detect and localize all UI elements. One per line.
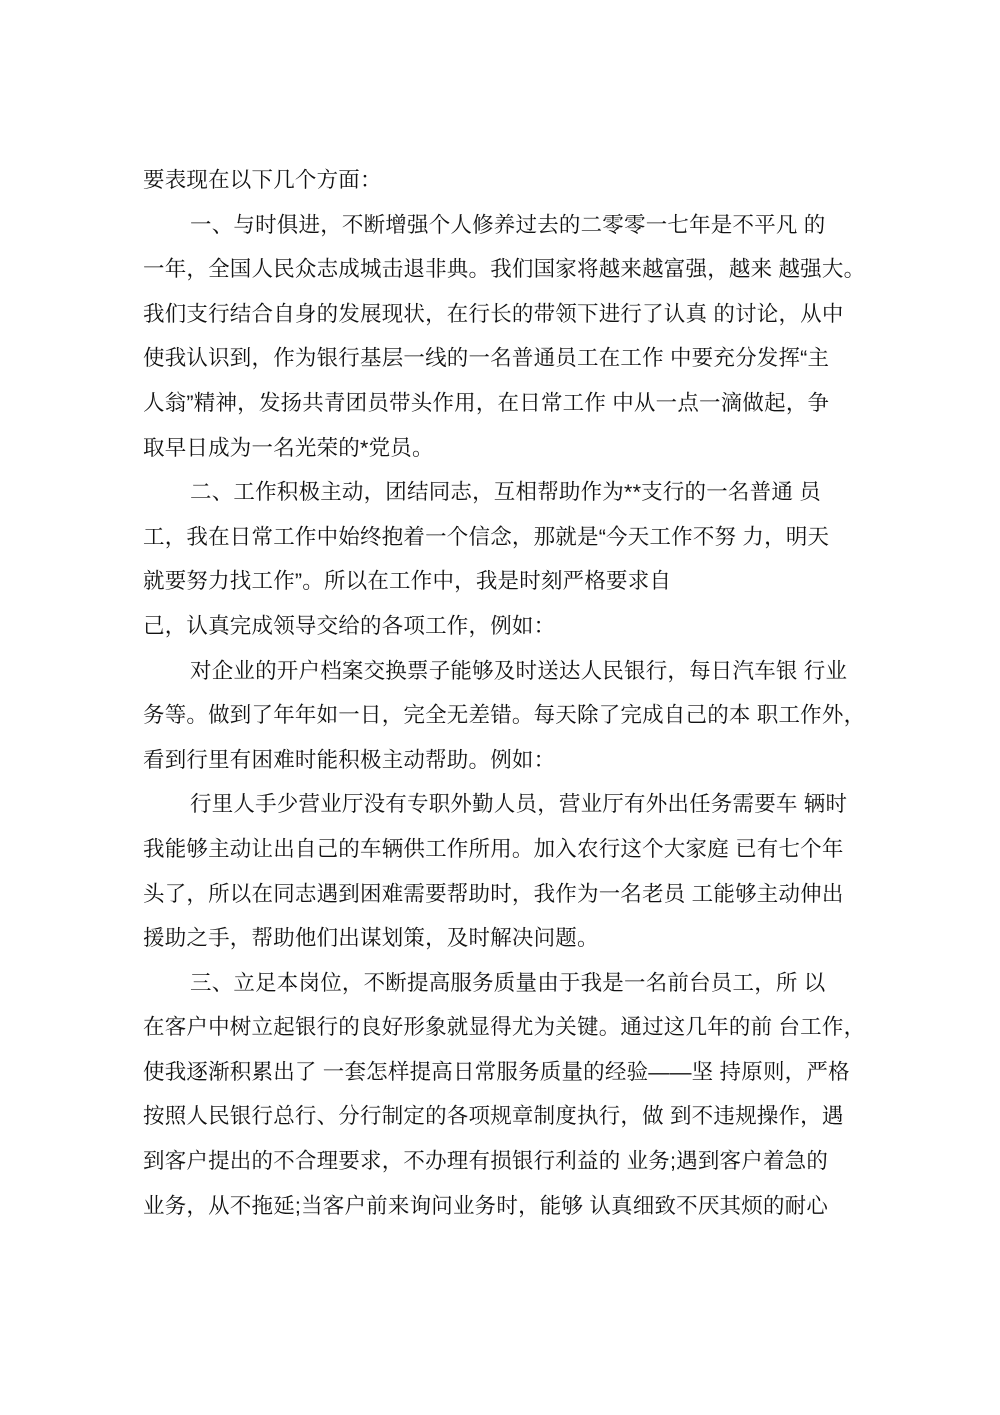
text-line: 援助之手，帮助他们出谋划策，及时解决问题。 (143, 916, 878, 961)
text-line: 人翁”精神，发扬共青团员带头作用，在日常工作 中从一点一滴做起，争 (143, 381, 878, 426)
text-line: 业务，从不拖延;当客户前来询问业务时，能够 认真细致不厌其烦的耐心 (143, 1184, 878, 1229)
text-line: 在客户中树立起银行的良好形象就显得尤为关键。通过这几年的前 台工作， (143, 1005, 878, 1050)
text-line: 使我逐渐积累出了 一套怎样提高日常服务质量的经验——坚 持原则，严格 (143, 1050, 878, 1095)
text-line: 务等。做到了年年如一日，完全无差错。每天除了完成自己的本 职工作外， (143, 693, 878, 738)
text-line: 己，认真完成领导交给的各项工作，例如： (143, 604, 878, 649)
document-page: 要表现在以下几个方面：一、与时俱进，不断增强个人修养过去的二零零一七年是不平凡 … (0, 0, 1000, 1415)
text-line: 一年，全国人民众志成城击退非典。我们国家将越来越富强，越来 越强大。 (143, 247, 878, 292)
text-line: 使我认识到，作为银行基层一线的一名普通员工在工作 中要充分发挥“主 (143, 336, 878, 381)
text-line: 按照人民银行总行、分行制定的各项规章制度执行，做 到不违规操作，遇 (143, 1094, 878, 1139)
text-line: 三、立足本岗位，不断提高服务质量由于我是一名前台员工，所 以 (143, 961, 878, 1006)
text-line: 一、与时俱进，不断增强个人修养过去的二零零一七年是不平凡 的 (143, 203, 878, 248)
document-body: 要表现在以下几个方面：一、与时俱进，不断增强个人修养过去的二零零一七年是不平凡 … (143, 158, 878, 1228)
text-line: 二、工作积极主动，团结同志，互相帮助作为**支行的一名普通 员 (143, 470, 878, 515)
text-line: 看到行里有困难时能积极主动帮助。例如： (143, 738, 878, 783)
text-line: 头了，所以在同志遇到困难需要帮助时，我作为一名老员 工能够主动伸出 (143, 872, 878, 917)
text-line: 到客户提出的不合理要求，不办理有损银行利益的 业务;遇到客户着急的 (143, 1139, 878, 1184)
text-line: 我们支行结合自身的发展现状，在行长的带领下进行了认真 的讨论，从中 (143, 292, 878, 337)
text-line: 行里人手少营业厅没有专职外勤人员，营业厅有外出任务需要车 辆时 (143, 782, 878, 827)
text-line: 取早日成为一名光荣的*党员。 (143, 426, 878, 471)
text-line: 就要努力找工作”。所以在工作中，我是时刻严格要求自 (143, 559, 878, 604)
text-line: 我能够主动让出自己的车辆供工作所用。加入农行这个大家庭 已有七个年 (143, 827, 878, 872)
text-line: 要表现在以下几个方面： (143, 158, 878, 203)
text-line: 工，我在日常工作中始终抱着一个信念，那就是“今天工作不努 力，明天 (143, 515, 878, 560)
text-line: 对企业的开户档案交换票子能够及时送达人民银行，每日汽车银 行业 (143, 649, 878, 694)
